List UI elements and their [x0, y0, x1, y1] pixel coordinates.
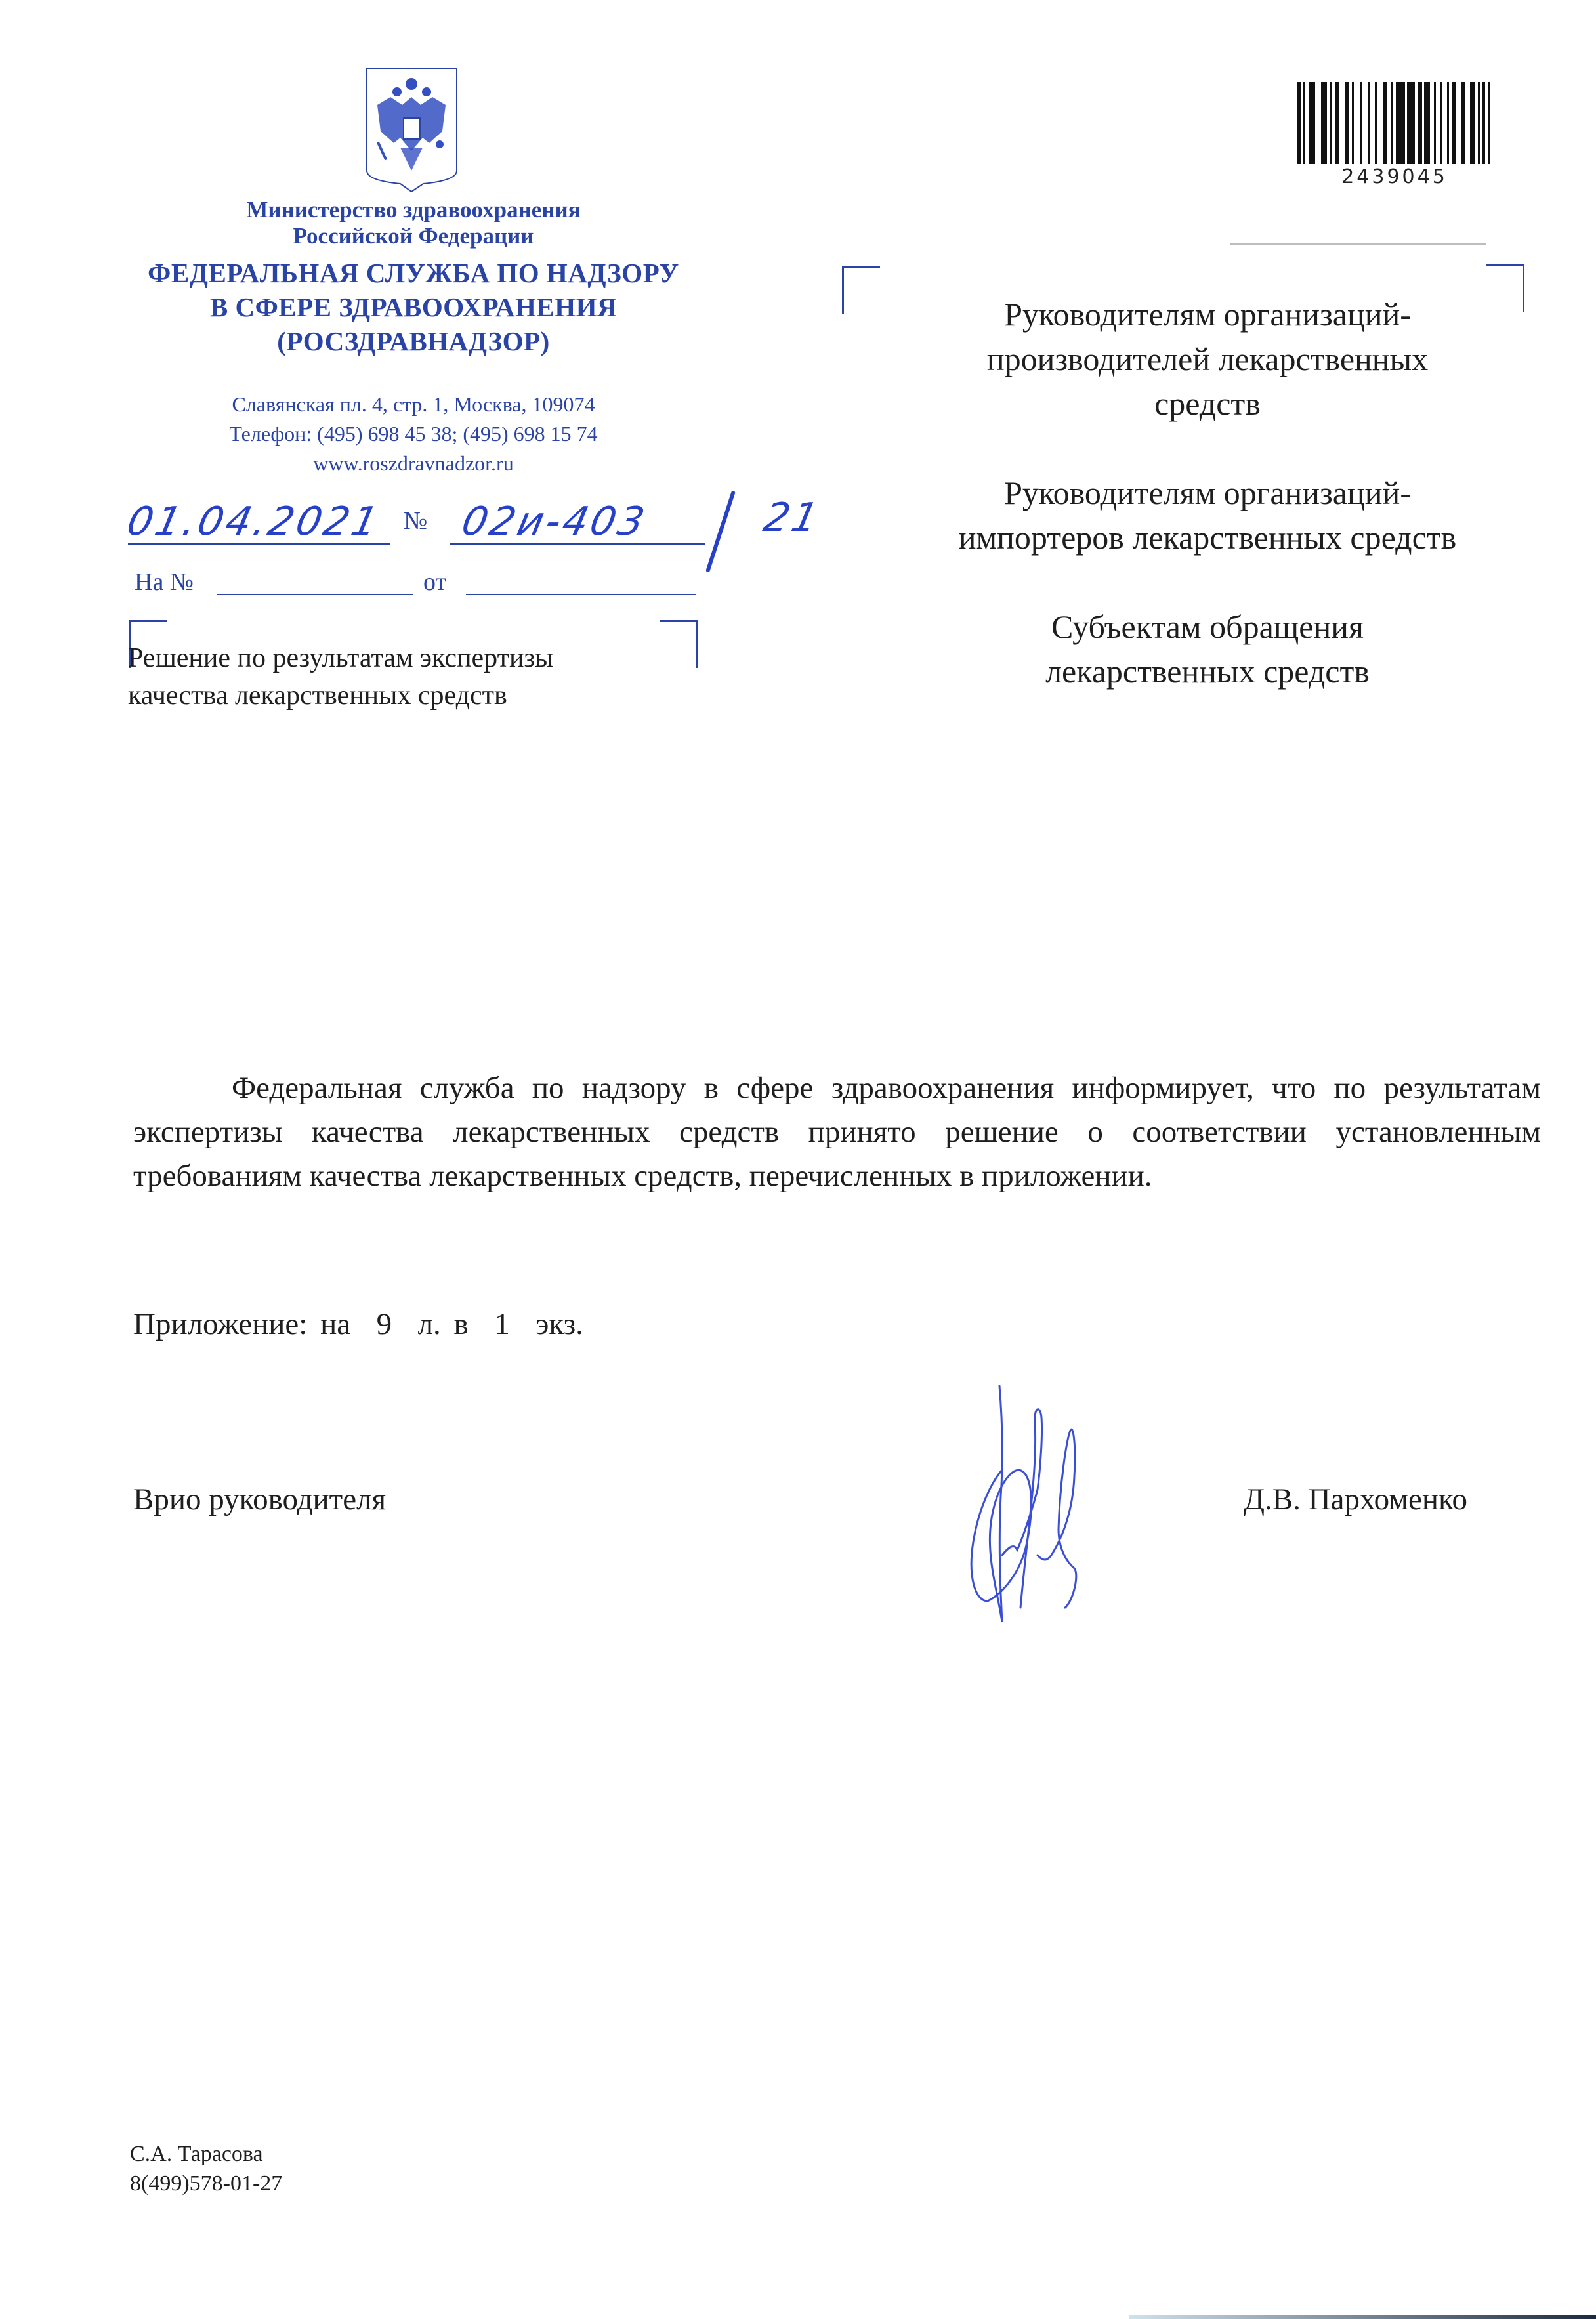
- ministry-name-line1: Министерство здравоохранения: [112, 197, 715, 223]
- ref-date-label: от: [423, 568, 446, 596]
- registration-number-field[interactable]: 02и-403: [450, 499, 705, 545]
- addressee-line: Руководителям организаций-: [879, 470, 1536, 515]
- contacts: Славянская пл. 4, стр. 1, Москва, 109074…: [112, 390, 715, 478]
- scan-edge-artifact: [1129, 2315, 1596, 2319]
- letterhead: Министерство здравоохранения Российской …: [112, 197, 715, 478]
- divider: [1230, 243, 1486, 245]
- handwritten-signature-icon: [961, 1378, 1178, 1627]
- ref-date-field[interactable]: [466, 594, 696, 595]
- ref-number-field[interactable]: [217, 594, 413, 595]
- address: Славянская пл. 4, стр. 1, Москва, 109074: [112, 390, 715, 419]
- executor-phone: 8(499)578-01-27: [130, 2169, 282, 2198]
- addressee-line: импортеров лекарственных средств: [879, 515, 1536, 560]
- executor-name: С.А. Тарасова: [130, 2139, 282, 2169]
- barcode-icon: [1296, 82, 1493, 164]
- registration-row: 01.04.2021 № 02и-403 21: [128, 499, 883, 571]
- subject-line2: качества лекарственных средств: [128, 677, 719, 715]
- reference-row: На № от: [135, 568, 725, 607]
- addressee-importers: Руководителям организаций- импортеров ле…: [879, 470, 1536, 560]
- ref-number-label: На №: [135, 568, 194, 596]
- service-name-line3: (РОСЗДРАВНАДЗОР): [112, 324, 715, 358]
- service-name-line2: В СФЕРЕ ЗДРАВООХРАНЕНИЯ: [112, 290, 715, 324]
- addressee-line: производителей лекарственных: [879, 337, 1536, 381]
- registration-number: 02и-403: [445, 499, 651, 545]
- addressees: Руководителям организаций- производителе…: [879, 292, 1536, 738]
- signer-title: Врио руководителя: [133, 1482, 386, 1517]
- coat-of-arms-icon: [364, 66, 459, 194]
- addressee-subjects: Субъектам обращения лекарственных средст…: [879, 604, 1536, 694]
- addressee-bracket-left: [842, 266, 880, 314]
- executor: С.А. Тарасова 8(499)578-01-27: [130, 2139, 282, 2198]
- addressee-line: лекарственных средств: [879, 649, 1536, 694]
- addressee-line: Субъектам обращения: [879, 604, 1536, 649]
- registration-date-field[interactable]: 01.04.2021: [128, 499, 390, 545]
- subject-line1: Решение по результатам экспертизы: [128, 640, 719, 677]
- body-paragraph: Федеральная служба по надзору в сфере зд…: [133, 1066, 1541, 1198]
- signer-name: Д.В. Пархоменко: [1244, 1482, 1467, 1517]
- addressee-line: средств: [879, 381, 1536, 426]
- addressee-manufacturers: Руководителям организаций- производителе…: [879, 292, 1536, 426]
- subject: Решение по результатам экспертизы качест…: [128, 640, 719, 715]
- number-label: №: [404, 507, 427, 535]
- service-name: ФЕДЕРАЛЬНАЯ СЛУЖБА ПО НАДЗОРУ В СФЕРЕ ЗД…: [112, 256, 715, 358]
- website-link[interactable]: www.roszdravnadzor.ru: [112, 449, 715, 478]
- phone: Телефон: (495) 698 45 38; (495) 698 15 7…: [112, 419, 715, 449]
- attachment-note: Приложение: на 9 л. в 1 экз.: [133, 1305, 583, 1344]
- ministry-name-line2: Российской Федерации: [112, 223, 715, 249]
- barcode-number: 2439045: [1296, 165, 1493, 188]
- registration-number-suffix: 21: [760, 495, 825, 541]
- registration-date: 01.04.2021: [123, 499, 385, 545]
- addressee-line: Руководителям организаций-: [879, 292, 1536, 337]
- service-name-line1: ФЕДЕРАЛЬНАЯ СЛУЖБА ПО НАДЗОРУ: [112, 256, 715, 290]
- handwritten-slash: [705, 490, 736, 572]
